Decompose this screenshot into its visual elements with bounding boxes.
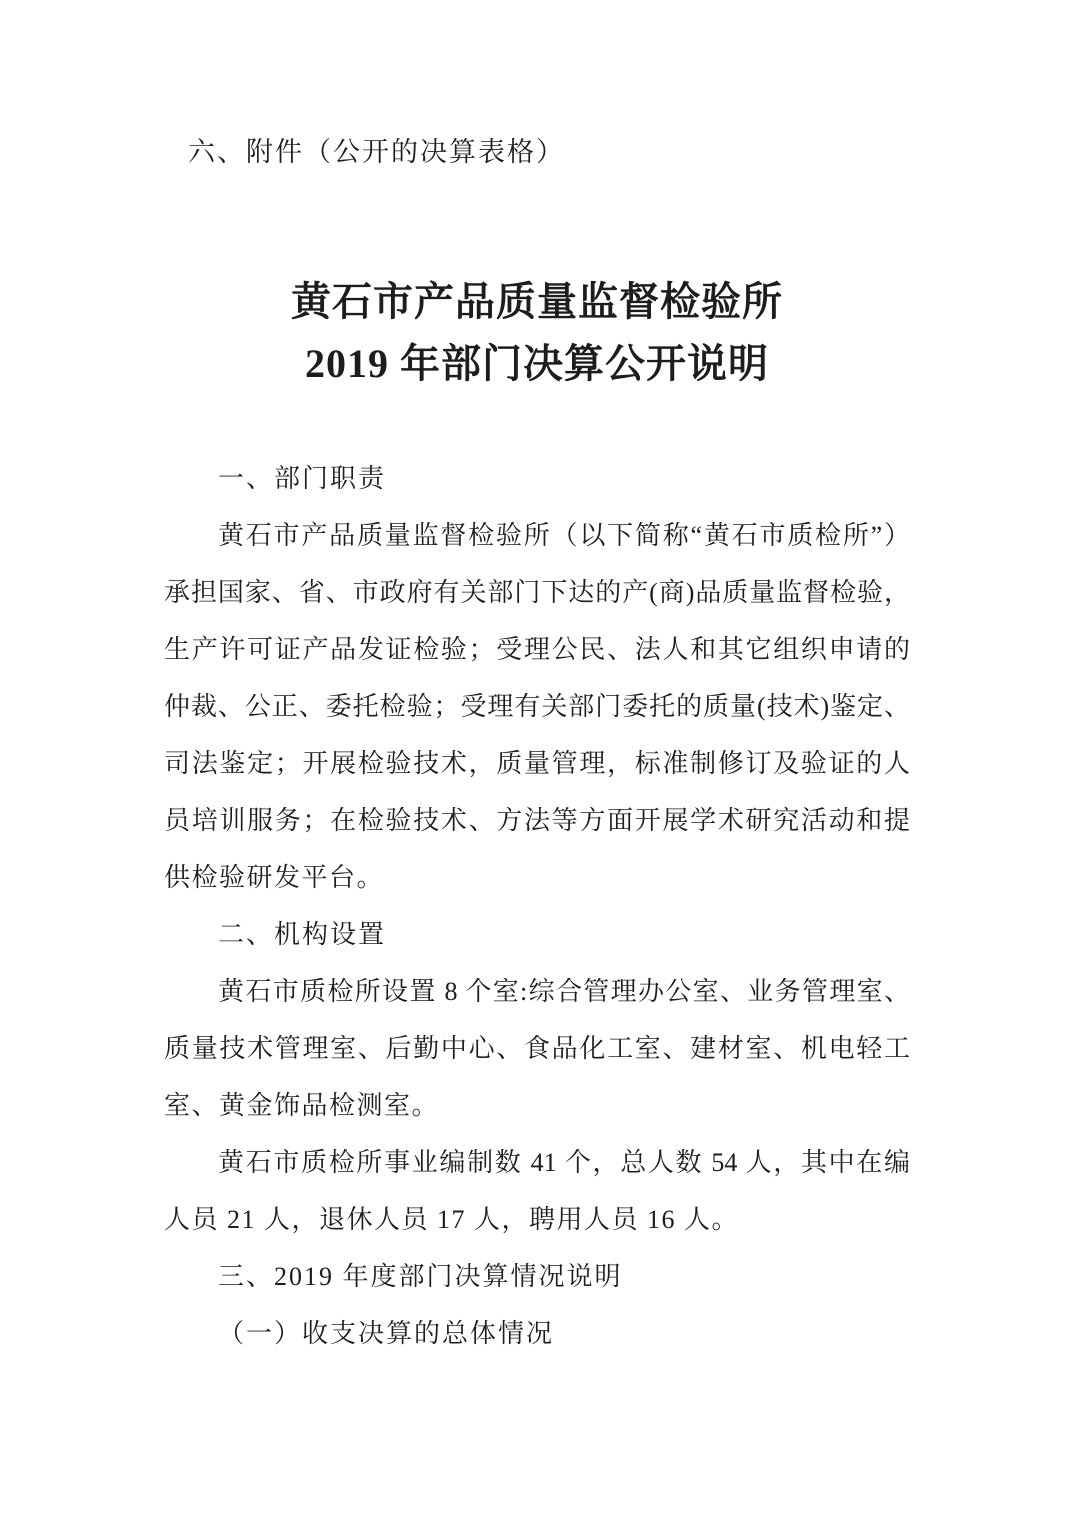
doc-title-line-1: 黄石市产品质量监督检验所 — [164, 271, 910, 333]
section-2-heading: 二、机构设置 — [164, 906, 910, 963]
subsection-1-heading: （一）收支决算的总体情况 — [164, 1305, 910, 1362]
doc-title-line-2: 2019 年部门决算公开说明 — [164, 333, 910, 395]
paragraph-line: 供检验研发平台。 — [164, 849, 910, 906]
section-3-heading: 三、2019 年度部门决算情况说明 — [164, 1248, 910, 1305]
paragraph-line: 仲裁、公正、委托检验；受理有关部门委托的质量(技术)鉴定、 — [164, 678, 910, 735]
section-1-heading: 一、部门职责 — [164, 450, 910, 507]
paragraph-line: 黄石市产品质量监督检验所（以下简称“黄石市质检所”） — [164, 507, 910, 564]
paragraph-line: 生产许可证产品发证检验；受理公民、法人和其它组织申请的 — [164, 621, 910, 678]
document-title: 黄石市产品质量监督检验所 2019 年部门决算公开说明 — [164, 271, 910, 395]
paragraph-line: 员培训服务；在检验技术、方法等方面开展学术研究活动和提 — [164, 792, 910, 849]
document-page: 六、附件（公开的决算表格） 黄石市产品质量监督检验所 2019 年部门决算公开说… — [0, 0, 1074, 1520]
paragraph-line: 质量技术管理室、后勤中心、食品化工室、建材室、机电轻工 — [164, 1020, 910, 1077]
paragraph-line: 黄石市质检所事业编制数 41 个，总人数 54 人，其中在编 — [164, 1134, 910, 1191]
attachment-note-line: 六、附件（公开的决算表格） — [164, 132, 910, 172]
paragraph-line: 黄石市质检所设置 8 个室:综合管理办公室、业务管理室、 — [164, 963, 910, 1020]
paragraph-line: 承担国家、省、市政府有关部门下达的产(商)品质量监督检验， — [164, 564, 910, 621]
paragraph-line: 人员 21 人，退休人员 17 人，聘用人员 16 人。 — [164, 1191, 910, 1248]
paragraph-line: 司法鉴定；开展检验技术，质量管理，标准制修订及验证的人 — [164, 735, 910, 792]
paragraph-line: 室、黄金饰品检测室。 — [164, 1077, 910, 1134]
document-body: 一、部门职责 黄石市产品质量监督检验所（以下简称“黄石市质检所”） 承担国家、省… — [164, 450, 910, 1362]
